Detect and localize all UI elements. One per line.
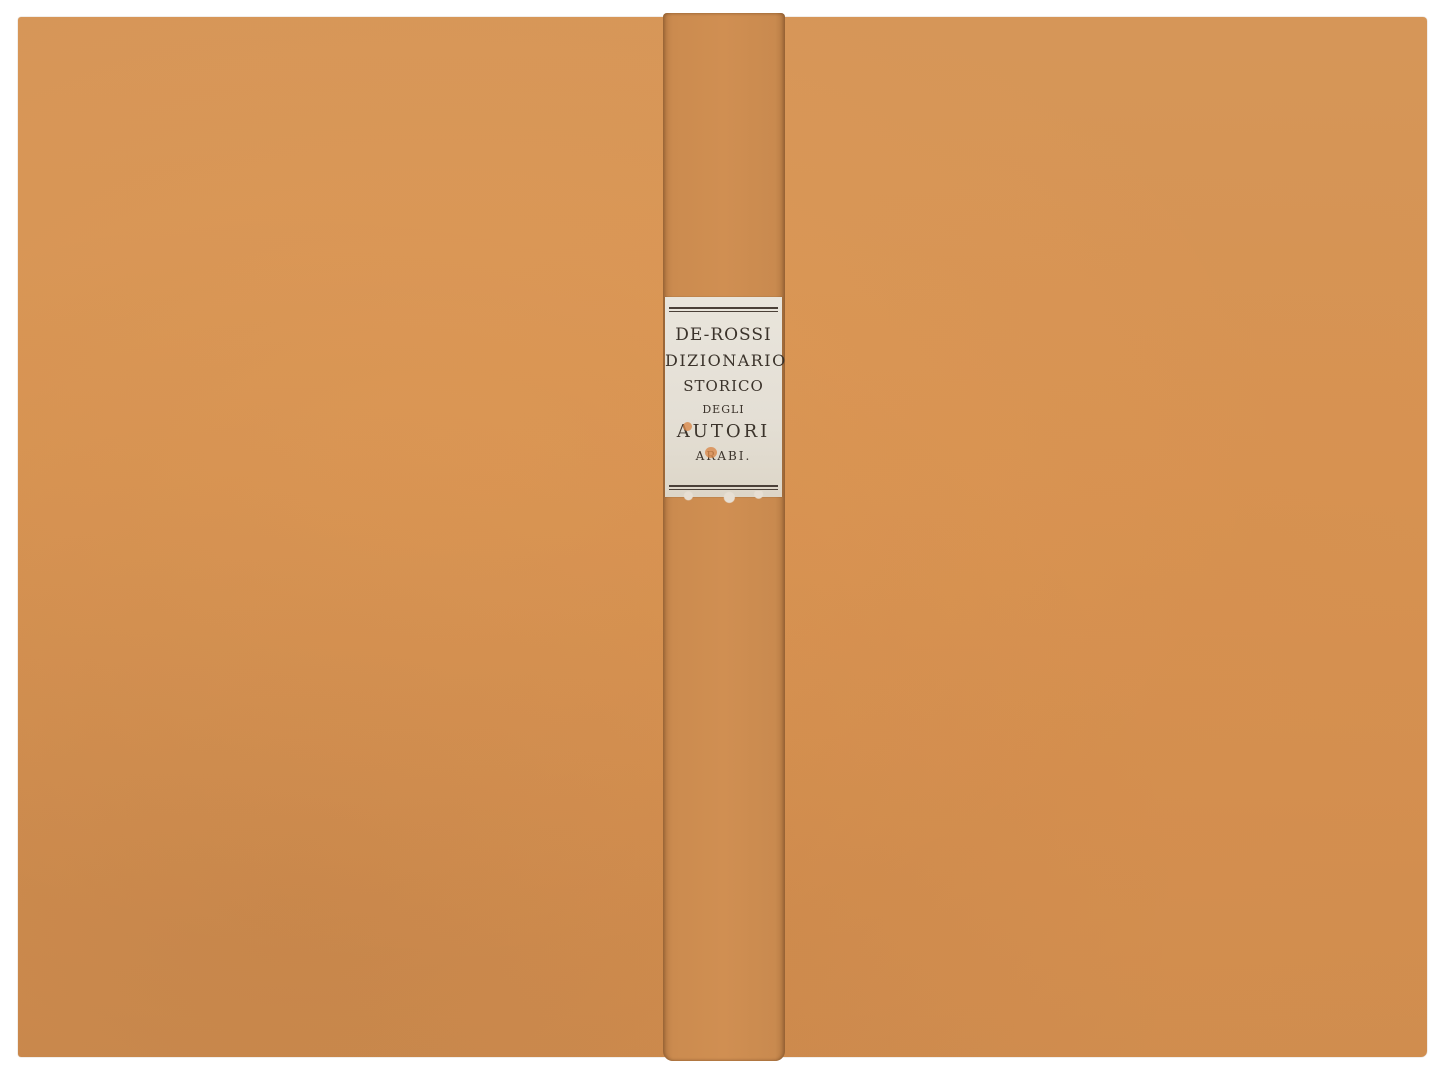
label-rule-bottom-thin <box>669 489 778 490</box>
label-rule-top <box>669 307 778 309</box>
label-rule-bottom <box>669 485 778 487</box>
label-title-line-5: ARABI. <box>665 449 782 463</box>
front-board <box>785 17 1427 1057</box>
label-title-line-1: DIZIONARIO <box>665 351 782 370</box>
label-rule-top-thin <box>669 311 778 312</box>
label-title-line-2: STORICO <box>665 377 782 395</box>
stain <box>683 422 692 431</box>
label-author: DE-ROSSI <box>665 325 782 345</box>
label-worn-edge <box>665 491 782 507</box>
book-spine: DE-ROSSI DIZIONARIO STORICO DEGLI AUTORI… <box>663 13 785 1061</box>
book-cover: DE-ROSSI DIZIONARIO STORICO DEGLI AUTORI… <box>18 17 1427 1057</box>
back-board <box>18 17 663 1057</box>
stain <box>705 447 717 458</box>
label-title-line-3: DEGLI <box>665 403 782 416</box>
spine-label: DE-ROSSI DIZIONARIO STORICO DEGLI AUTORI… <box>665 297 782 497</box>
